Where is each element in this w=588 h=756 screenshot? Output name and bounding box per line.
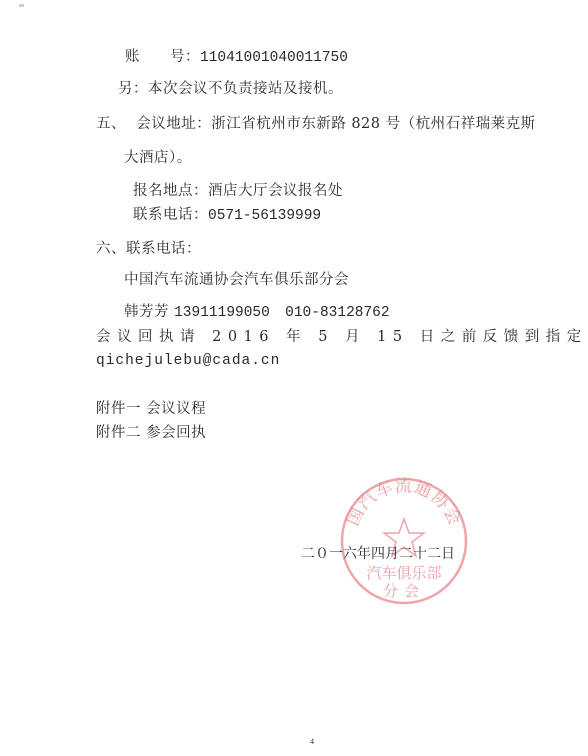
document-date: 二０一六年四月二十二日 <box>301 545 455 563</box>
official-seal-stamp: 国汽车流通协会 汽车俱乐部 分会 <box>338 475 470 607</box>
section5-address-cont: 大酒店）。 <box>124 149 192 167</box>
section6-label: 六、联系电话： <box>96 240 201 258</box>
section5-address: 会议地址：浙江省杭州市东新路 828 号（杭州石祥瑞莱克斯 <box>136 116 535 132</box>
page-number: 4 <box>310 737 314 746</box>
account-number: 11041001040011750 <box>200 50 348 66</box>
reply-email: qichejulebu@cada.cn <box>96 352 280 370</box>
registration-place: 报名地点：酒店大厅会议报名处 <box>133 182 343 200</box>
contact-person-line: 韩芳芳 13911199050 010-83128762 <box>124 303 390 322</box>
section5-line: 五、 会议地址：浙江省杭州市东新路 828 号（杭州石祥瑞莱克斯 <box>96 115 536 133</box>
organization-name: 中国汽车流通协会汽车俱乐部分会 <box>124 271 349 289</box>
note-line: 另：本次会议不负责接站及接机。 <box>118 80 343 98</box>
contact-mobile: 13911199050 <box>174 305 270 321</box>
contact-person: 韩芳芳 <box>124 304 169 320</box>
stamp-bottom-text-2: 分会 <box>383 582 425 600</box>
contact-landline: 010-83128762 <box>285 305 389 321</box>
contact-phone-line: 联系电话：0571-56139999 <box>133 206 321 225</box>
reply-notice: 会议回执请 2016 年 5 月 15 日之前反馈到指定邮箱 <box>96 328 588 346</box>
attachment-2: 附件二 参会回执 <box>96 424 206 442</box>
contact-phone-number: 0571-56139999 <box>208 208 321 224</box>
section5-label: 五、 <box>96 116 126 132</box>
scan-artifact <box>19 4 24 7</box>
attachment-1: 附件一 会议议程 <box>96 400 206 418</box>
account-line: 账 号：11041001040011750 <box>125 48 348 67</box>
account-label: 账 号： <box>125 49 200 65</box>
contact-phone-label: 联系电话： <box>133 207 208 223</box>
stamp-bottom-text-1: 汽车俱乐部 <box>366 564 441 582</box>
